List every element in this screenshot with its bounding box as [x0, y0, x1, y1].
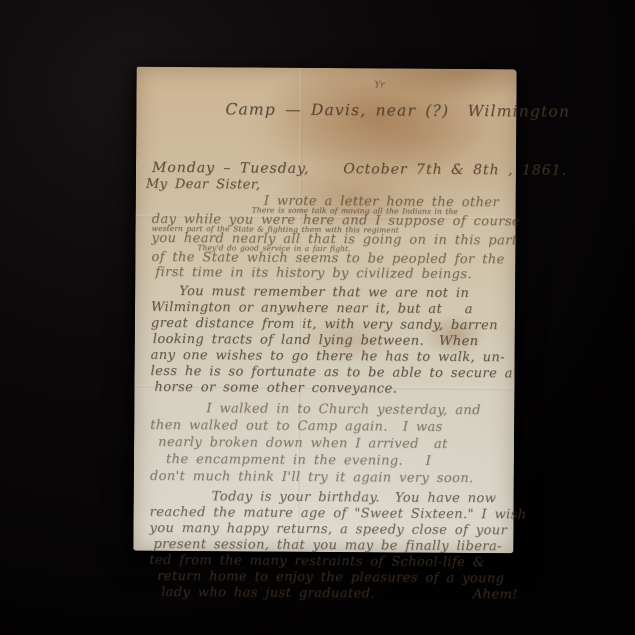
place-text: Camp — Davis, near (?) Wilmington — [225, 100, 570, 120]
paragraph-3: I walked in to Church yesterday, and the… — [150, 400, 503, 487]
letter-line: first time in its history by civilized b… — [151, 265, 503, 282]
letter-text: Camp — Davis, near (?) Wilmington Yr Mon… — [149, 79, 504, 547]
paragraph-1: I wrote a letter home the other There is… — [151, 193, 504, 282]
photo-background: Camp — Davis, near (?) Wilmington Yr Mon… — [0, 0, 635, 635]
letter-page: Camp — Davis, near (?) Wilmington Yr Mon… — [133, 67, 516, 554]
letter-line: don't much think I'll try it again very … — [150, 468, 502, 487]
letter-line: lady who has just graduated. Ahem! — [149, 585, 501, 603]
superscript-mark: Yr — [374, 75, 384, 95]
paragraph-4: Today is your birthday. You have now rea… — [149, 489, 502, 603]
salutation: My Dear Sister, — [146, 177, 504, 195]
dateline-place: Camp — Davis, near (?) Wilmington Yr — [152, 79, 505, 161]
letter-line: horse or some other conveyance. — [150, 380, 502, 398]
paragraph-2: You must remember that we are not in Wil… — [150, 284, 503, 398]
